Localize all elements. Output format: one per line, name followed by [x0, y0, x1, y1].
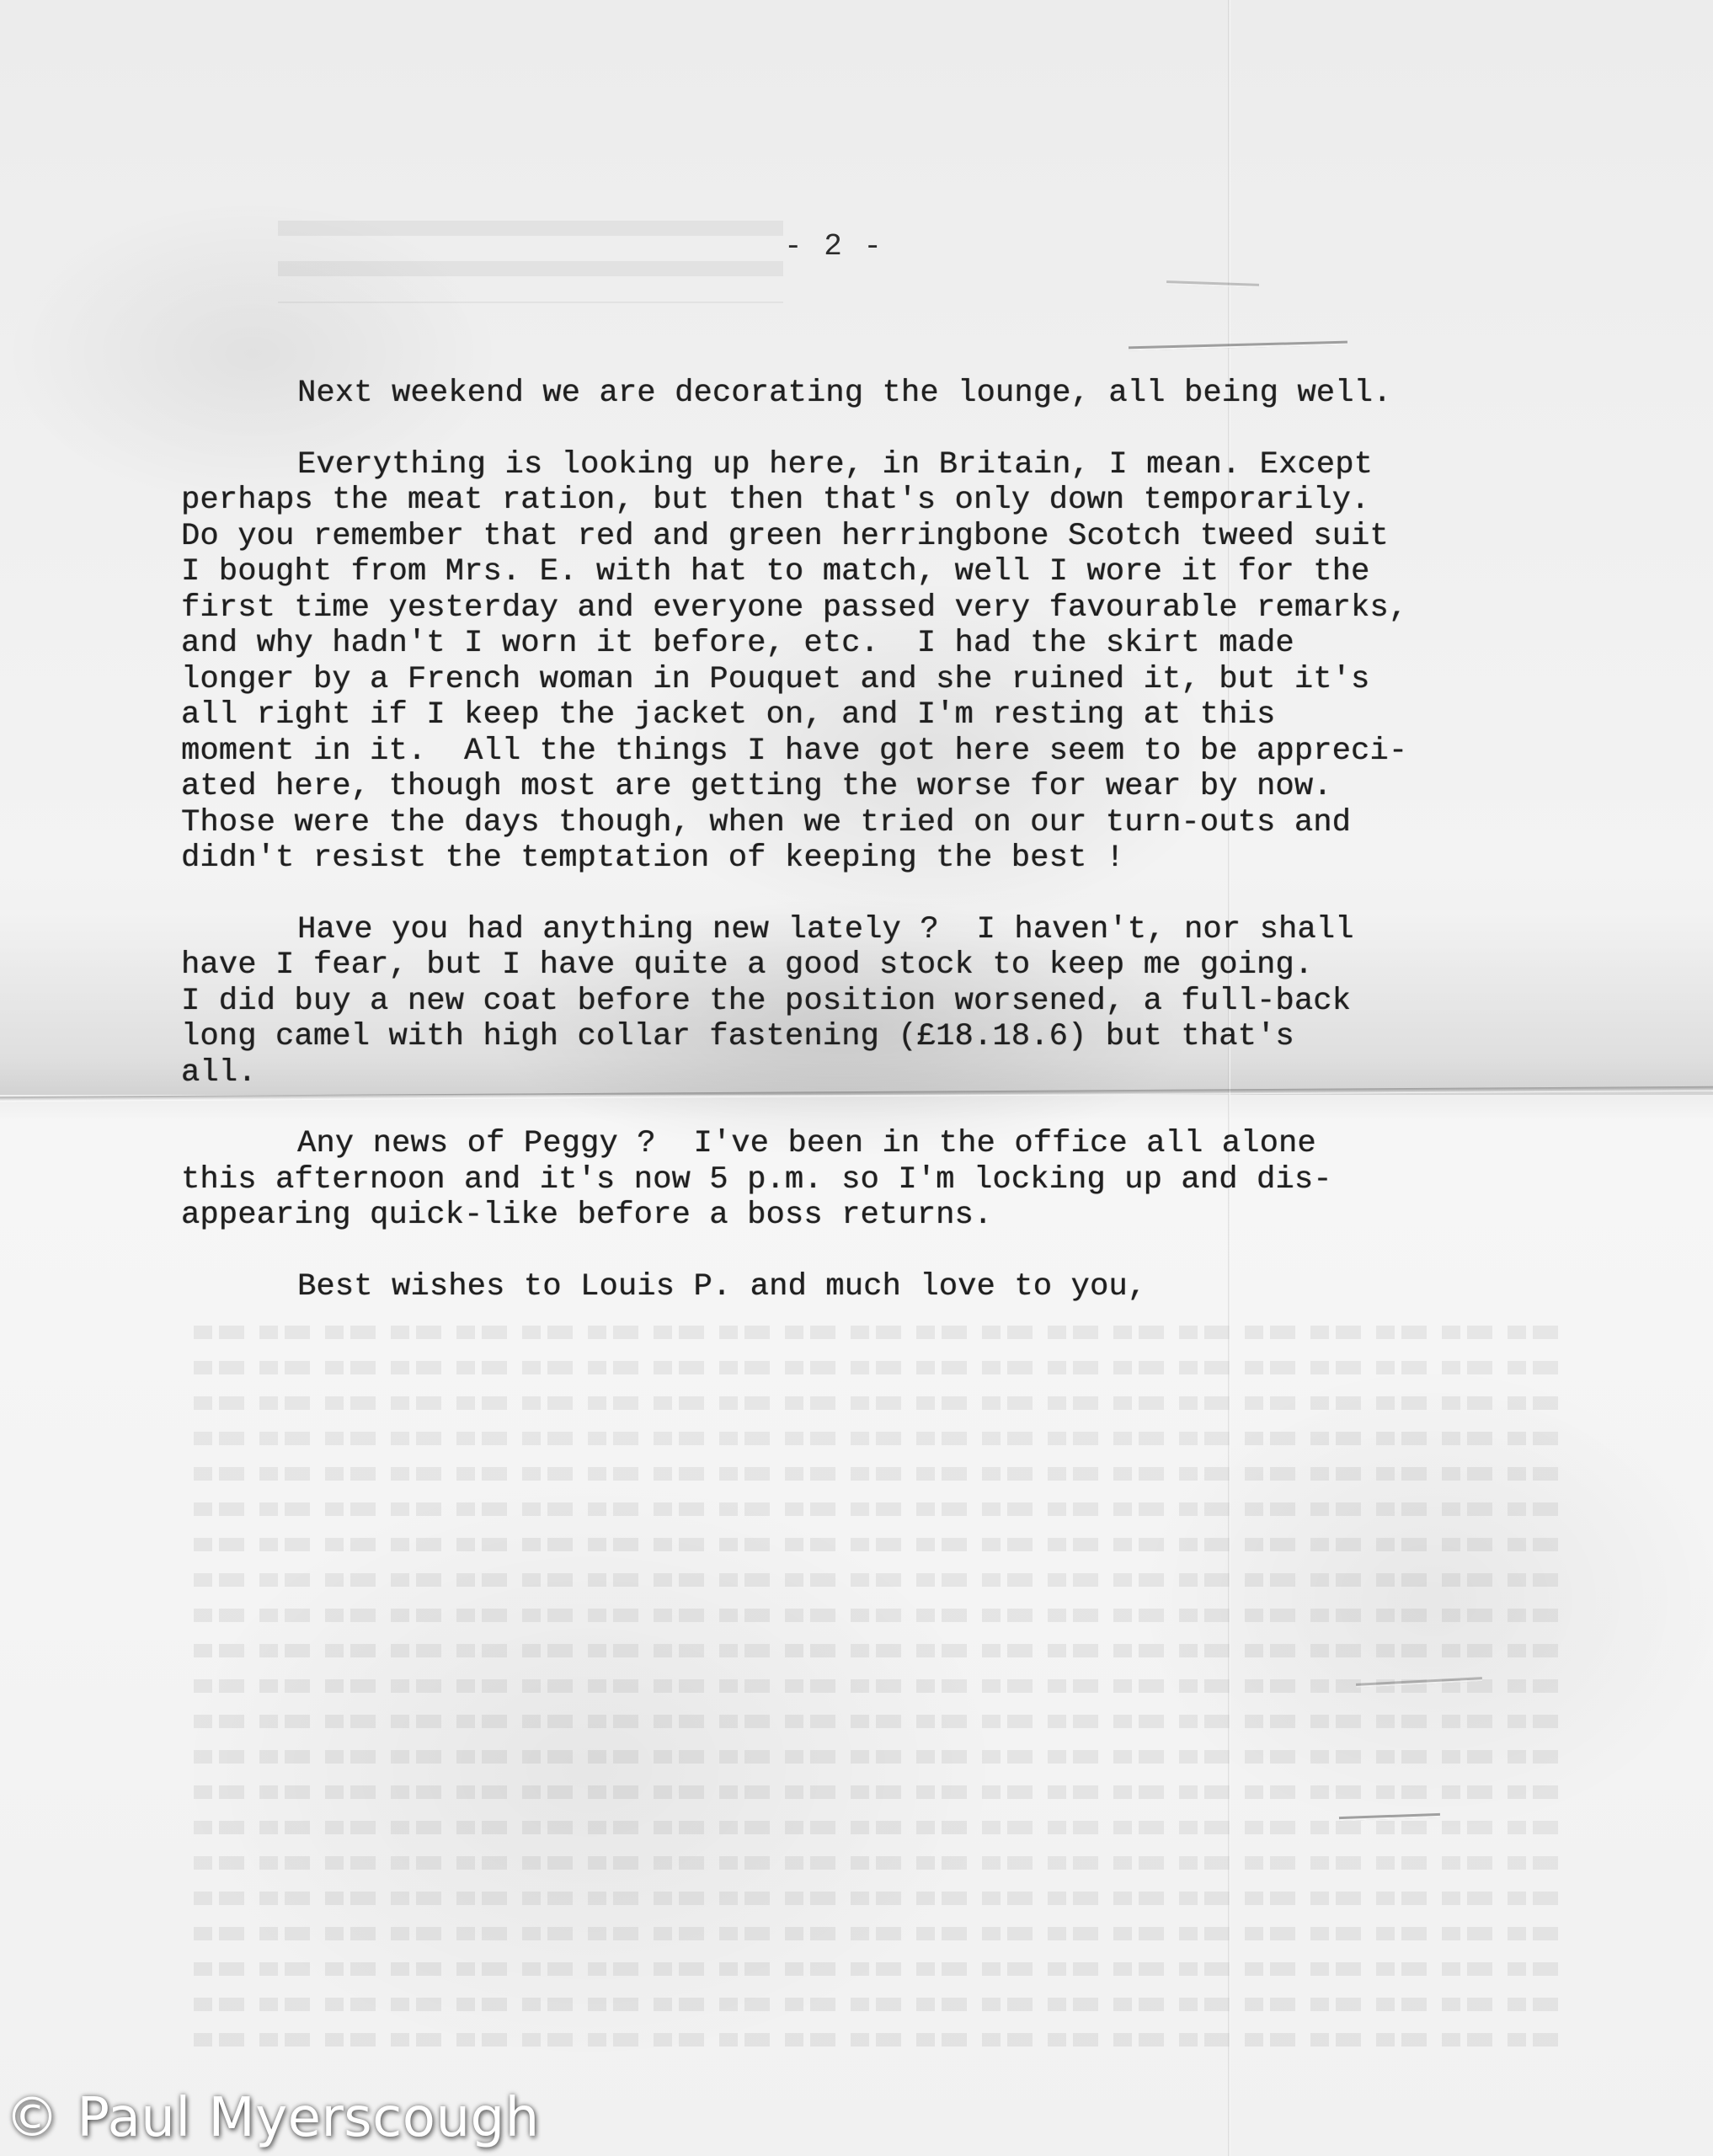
text-line: all right if I keep the jacket on, and I…: [181, 697, 1613, 734]
text-line: and why hadn't I worn it before, etc. I …: [181, 626, 1613, 662]
text-line: appearing quick-like before a boss retur…: [181, 1198, 1613, 1234]
text-line: Best wishes to Louis P. and much love to…: [181, 1269, 1613, 1305]
text-line: didn't resist the temptation of keeping …: [181, 841, 1613, 877]
text-line: ated here, though most are getting the w…: [181, 769, 1613, 805]
text-line: Next weekend we are decorating the loung…: [181, 376, 1613, 412]
crumple-crease: [1129, 341, 1347, 351]
text-line: I bought from Mrs. E. with hat to match,…: [181, 554, 1613, 590]
letter-body: Next weekend we are decorating the loung…: [181, 376, 1613, 1340]
page-number: - 2 -: [0, 229, 1668, 264]
paragraph-peggy: Any news of Peggy ? I've been in the off…: [181, 1126, 1613, 1234]
text-line: perhaps the meat ration, but then that's…: [181, 483, 1613, 519]
text-line: first time yesterday and everyone passed…: [181, 590, 1613, 627]
scanned-letter-page: - 2 - Next weekend we are decorating the…: [0, 0, 1713, 2156]
paragraph-britain: Everything is looking up here, in Britai…: [181, 447, 1613, 877]
closing-line: Best wishes to Louis P. and much love to…: [181, 1269, 1613, 1305]
text-line: moment in it. All the things I have got …: [181, 734, 1613, 770]
text-line: Have you had anything new lately ? I hav…: [181, 912, 1613, 948]
crumple-crease: [1166, 280, 1259, 288]
text-line: I did buy a new coat before the position…: [181, 984, 1613, 1020]
paragraph-decorating: Next weekend we are decorating the loung…: [181, 376, 1613, 412]
paragraph-new-coat: Have you had anything new lately ? I hav…: [181, 912, 1613, 1091]
bleed-through-text: [194, 1314, 1558, 2055]
text-line: Any news of Peggy ? I've been in the off…: [181, 1126, 1613, 1162]
text-line: all.: [181, 1055, 1613, 1091]
text-line: long camel with high collar fastening (£…: [181, 1019, 1613, 1055]
text-line: Do you remember that red and green herri…: [181, 519, 1613, 555]
copyright-watermark: © Paul Myerscough: [5, 2087, 540, 2149]
text-line: this afternoon and it's now 5 p.m. so I'…: [181, 1162, 1613, 1198]
text-line: longer by a French woman in Pouquet and …: [181, 662, 1613, 698]
text-line: Everything is looking up here, in Britai…: [181, 447, 1613, 483]
text-line: Those were the days though, when we trie…: [181, 805, 1613, 841]
text-line: have I fear, but I have quite a good sto…: [181, 947, 1613, 984]
